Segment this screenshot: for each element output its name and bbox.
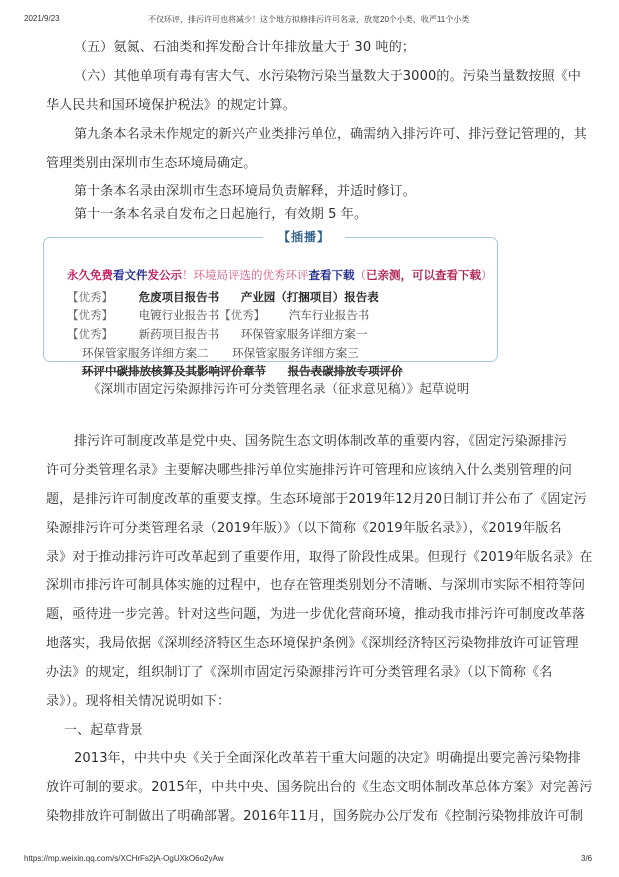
promo-selection-text: ！环境局评选的优秀环评 (182, 268, 309, 282)
body-line: 深圳市排污许可制具体实施的过程中，也存在管理类别划分不清晰、与深圳市实际不相符等… (46, 578, 585, 594)
document-subtitle: 《深圳市固定污染源排污许可分类管理名录（征求意见稿）》起草说明 (88, 381, 469, 397)
promo-row-1: 【优秀】 危废项目报告书 产业园（打捆项目）报告表 (67, 290, 379, 305)
page-number: 3/6 (581, 854, 592, 863)
automobile-report-link[interactable]: 汽车行业报告书 (289, 308, 370, 322)
body-line: 录》）。现将相关情况说明如下： (46, 694, 230, 710)
body-line: 排污许可制度改革是党中央、国务院生态文明体制改革的重要内容，《固定污染源排污 (74, 434, 567, 450)
hazardous-waste-report-link[interactable]: 危废项目报告书 (139, 290, 220, 304)
print-title: 不仅环评，排污许可也将减少！这个地方拟修排污许可名录，放宽20个小类，收严11个… (148, 14, 469, 25)
promo-row-3: 【优秀】 新药项目报告书 环保管家服务详细方案一 (67, 327, 367, 342)
promo-download-link[interactable]: 查看下载 (309, 268, 355, 282)
steward-plan-2-link[interactable]: 环保管家服务详细方案二 (82, 346, 209, 360)
promo-title: 【插播】 (263, 229, 345, 245)
article-10: 第十条本名录由深圳市生态环境局负责解释，并适时修订。 (74, 184, 416, 200)
promo-row-4: 环保管家服务详细方案二 环保管家服务详细方案三 (82, 346, 359, 361)
carbon-chapter-link[interactable]: 环评中碳排放核算及其影响评价章节 (82, 364, 266, 378)
electroplating-report-link[interactable]: 电镀行业报告书 (139, 308, 220, 322)
section-heading: 一、起草背景 (64, 723, 143, 739)
excellent-tag: 【优秀】 (219, 308, 265, 322)
print-footer: https://mp.weixin.qq.com/s/XCHrFs2jA-OgU… (0, 852, 619, 866)
steward-plan-1-link[interactable]: 环保管家服务详细方案一 (241, 327, 368, 341)
background-line: 染物排放许可制做出了明确部署。2016年11月，国务院办公厅发布《控制污染物排放… (46, 809, 583, 825)
source-url: https://mp.weixin.qq.com/s/XCHrFs2jA-OgU… (24, 854, 223, 863)
body-line: 录》对于推动排污许可改革起到了重要作用，取得了阶段性成果。但现行《2019年版名… (46, 550, 593, 566)
excellent-tag: 【优秀】 (67, 308, 113, 322)
promo-tested-note: 已亲测，可以查看下载 (366, 268, 481, 282)
clause-6: （六）其他单项有毒有害大气、水污染物污染当量数大于3000的。污染当量数按照《中 (74, 69, 581, 85)
body-line: 染源排污许可分类管理名录（2019年版）》（以下简称《2019年版名录》），《2… (46, 521, 562, 537)
promo-headline: 永久免费看文件发公示！环境局评选的优秀环评查看下载（已亲测，可以查看下载） (67, 268, 493, 283)
background-line: 2013年，中共中央《关于全面深化改革若干重大问题的决定》明确提出要完善污染物排 (74, 751, 581, 767)
promo-row-2: 【优秀】 电镀行业报告书【优秀】 汽车行业报告书 (67, 308, 369, 323)
new-drug-report-link[interactable]: 新药项目报告书 (139, 327, 220, 341)
body-line: 地落实，我局依据《深圳经济特区生态环境保护条例》《深圳经济特区污染物排放许可证管… (46, 636, 579, 652)
article-9-cont: 管理类别由深圳市生态环境局确定。 (46, 156, 256, 172)
clause-5: （五）氨氮、石油类和挥发酚合计年排放量大于 30 吨的； (74, 40, 415, 56)
promo-publicity-label: 发公示 (148, 268, 183, 282)
industrial-park-report-link[interactable]: 产业园（打捆项目）报告表 (241, 290, 379, 304)
body-line: 题，是排污许可制度改革的重要支撑。生态环境部于2019年12月20日制订并公布了… (46, 492, 587, 508)
excellent-tag: 【优秀】 (67, 290, 113, 304)
background-line: 放许可制的要求。2015年，中共中央、国务院出台的《生态文明体制改革总体方案》对… (46, 780, 593, 796)
promo-view-files-link[interactable]: 看文件 (113, 268, 148, 282)
clause-6-cont: 华人民共和国环境保护税法》的规定计算。 (46, 98, 296, 114)
article-11: 第十一条本名录自发布之日起施行，有效期 5 年。 (74, 207, 367, 223)
excellent-tag: 【优秀】 (67, 327, 113, 341)
carbon-special-link[interactable]: 报告表碳排放专项评价 (288, 364, 403, 378)
promo-row-5: 环评中碳排放核算及其影响评价章节 报告表碳排放专项评价 (82, 364, 403, 379)
promo-free-label: 永久免费 (67, 268, 113, 282)
body-line: 办法》的规定，组织制订了《深圳市固定污染源排污许可分类管理名录》（以下简称《名 (46, 665, 552, 681)
steward-plan-3-link[interactable]: 环保管家服务详细方案三 (232, 346, 359, 360)
print-header: 2021/9/23 不仅环评，排污许可也将减少！这个地方拟修排污许可名录，放宽2… (0, 12, 619, 26)
body-line: 题，亟待进一步完善。针对这些问题，为进一步优化营商环境，推动我市排污许可制度改革… (46, 607, 585, 623)
print-date: 2021/9/23 (24, 14, 60, 23)
body-line: 许可分类管理名录》主要解决哪些排污单位实施排污许可管理和应该纳入什么类别管理的问 (46, 463, 572, 479)
article-9: 第九条本名录未作规定的新兴产业类排污单位，确需纳入排污许可、排污登记管理的，其 (74, 127, 587, 143)
